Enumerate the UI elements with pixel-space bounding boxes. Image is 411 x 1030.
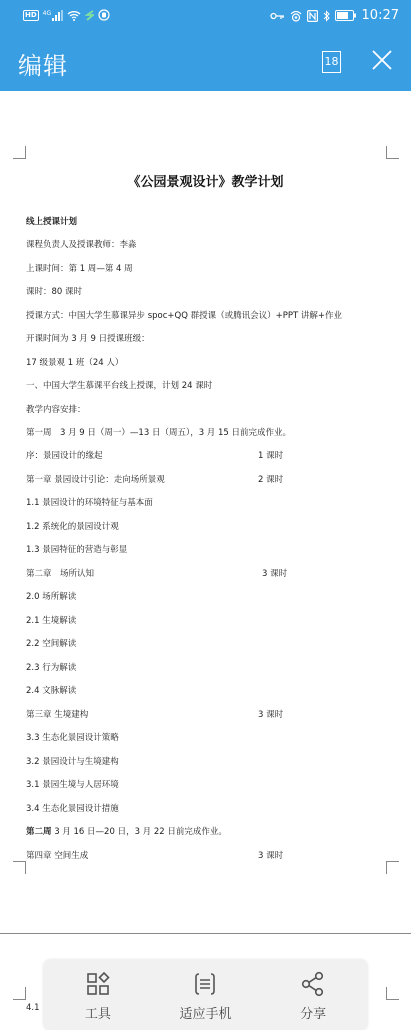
tools-label: 工具 — [85, 1003, 111, 1022]
document-title: 《公园景观设计》教学计划 — [0, 171, 411, 190]
doc-line: 2.3 行为解读 — [26, 661, 76, 673]
nfc-icon — [307, 10, 318, 22]
doc-line: 上课时间：第 1 周—第 4 周 — [26, 262, 133, 274]
doc-line: 1.3 景园特征的营造与彰显 — [26, 543, 127, 555]
doc-line: 1.1 景园设计的环境特征与基本面 — [26, 496, 153, 508]
key-icon — [270, 12, 285, 20]
doc-line: 授课方式：中国大学生慕课异步 spoc+QQ 群授课（或腾讯会议）+PPT 讲解… — [26, 309, 342, 321]
doc-line: 3.1 景园生境与人居环境 — [26, 778, 119, 790]
page-corner-mark — [13, 146, 26, 159]
doc-line: 2.2 空间解读 — [26, 637, 76, 649]
doc-line: 第一章 景园设计引论：走向场所景观 — [26, 473, 165, 485]
close-button[interactable] — [370, 48, 394, 72]
doc-line: 教学内容安排： — [26, 403, 86, 415]
doc-line: 2.4 文脉解读 — [26, 684, 76, 696]
battery-icon — [335, 10, 357, 21]
clock: 10:27 — [362, 8, 399, 23]
doc-line: 3.3 生态化景园设计策略 — [26, 731, 119, 743]
page-corner-mark — [386, 861, 399, 874]
doc-line: 一、中国大学生慕课平台线上授课，计划 24 课时 — [26, 379, 212, 391]
status-right-icons: 10:27 — [270, 8, 399, 23]
page-corner-mark — [13, 861, 26, 874]
tools-button[interactable]: 工具 — [48, 960, 148, 1026]
page-corner-mark — [13, 987, 26, 1000]
week-label: 第二周 — [26, 827, 52, 837]
week-text: 3 月 16 日—20 日，3 月 22 日前完成作业。 — [52, 827, 227, 837]
doc-line: 1.2 系统化的景园设计观 — [26, 520, 119, 532]
close-icon — [370, 48, 394, 72]
network-label: 4G — [43, 10, 51, 17]
doc-line: 17 级景观 1 班（24 人） — [26, 356, 123, 368]
page-title: 编辑 — [18, 46, 68, 81]
fit-phone-icon — [192, 971, 218, 997]
power-saving-icon — [85, 10, 94, 21]
doc-line: 第一周 3 月 9 日（周一）—13 日（周五），3 月 15 日前完成作业。 — [26, 426, 291, 438]
bluetooth-icon — [323, 10, 330, 22]
status-bar: HD 4G 10:27 — [0, 0, 411, 34]
hours-value: 1 课时 — [258, 449, 283, 461]
doc-line: 4.1 — [26, 1003, 40, 1013]
wifi-icon — [67, 10, 81, 21]
app-bar: 编辑 18 — [0, 34, 411, 91]
share-label: 分享 — [300, 1003, 326, 1022]
bottom-toolbar: 工具 适应手机 分享 — [44, 960, 367, 1026]
tools-icon — [85, 971, 111, 997]
page-count-button[interactable]: 18 — [322, 51, 341, 73]
hours-value: 3 课时 — [258, 849, 283, 861]
document-viewer[interactable]: 《公园景观设计》教学计划 线上授课计划 课程负责人及授课教师：李淼 上课时间：第… — [0, 91, 411, 1026]
status-left-icons: HD 4G — [23, 9, 110, 21]
doc-line: 第四章 空间生成 — [26, 849, 88, 861]
eye-icon — [290, 10, 302, 22]
doc-line: 序：景园设计的缘起 — [26, 449, 103, 461]
hours-value: 3 课时 — [258, 708, 283, 720]
doc-line: 3.4 生态化景园设计措施 — [26, 802, 119, 814]
hand-icon — [98, 9, 110, 21]
doc-line: 课时：80 课时 — [26, 285, 82, 297]
doc-line: 2.1 生境解读 — [26, 614, 76, 626]
doc-line: 2.0 场所解读 — [26, 590, 76, 602]
doc-line: 第二周 3 月 16 日—20 日，3 月 22 日前完成作业。 — [26, 825, 227, 837]
hd-icon: HD — [23, 10, 39, 21]
fit-phone-button[interactable]: 适应手机 — [155, 960, 255, 1026]
doc-line: 第二章 场所认知 — [26, 567, 94, 579]
fit-phone-label: 适应手机 — [179, 1003, 231, 1022]
doc-line: 线上授课计划 — [26, 215, 77, 227]
doc-line: 第三章 生境建构 — [26, 708, 88, 720]
hours-value: 3 课时 — [262, 567, 287, 579]
doc-line: 3.2 景园设计与生境建构 — [26, 755, 119, 767]
share-button[interactable]: 分享 — [263, 960, 363, 1026]
page-corner-mark — [386, 987, 399, 1000]
page-separator — [0, 933, 411, 934]
signal-4g-icon: 4G — [43, 10, 63, 21]
page-corner-mark — [386, 146, 399, 159]
doc-line: 开课时间为 3 月 9 日授课班级： — [26, 332, 150, 344]
doc-line: 课程负责人及授课教师：李淼 — [26, 238, 137, 250]
hours-value: 2 课时 — [258, 473, 283, 485]
share-icon — [300, 971, 326, 997]
